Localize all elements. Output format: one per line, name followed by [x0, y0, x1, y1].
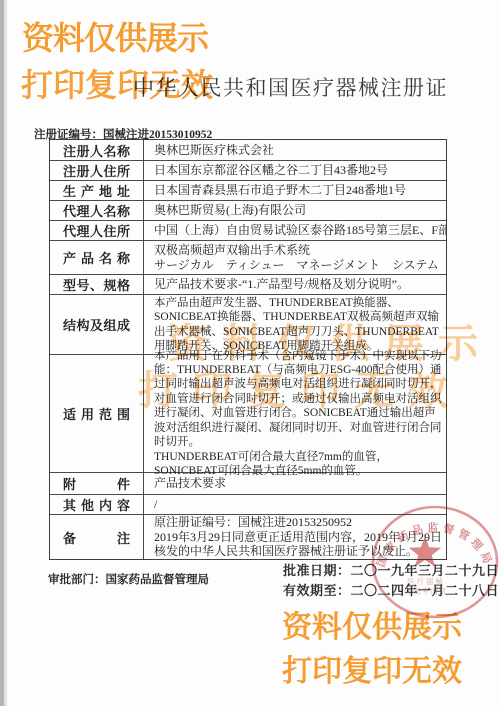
row-value: 日本国东京都涩谷区幡之谷二丁目43番地2号: [144, 161, 446, 180]
row-value: 原注册证编号：国械注进20153250952 2019年3月29日同意更正适用范…: [144, 515, 446, 559]
row-label: 备注: [50, 515, 144, 559]
row-label: 代理人住所: [50, 221, 144, 240]
certificate-page: 国家药品监督管理局 医疗器械 注册专用章 中华人民共和国医疗器械注册证 注册证编…: [0, 0, 499, 706]
row-value: 中国（上海）自由贸易试验区泰谷路185号第三层E、F部位: [144, 221, 446, 240]
row-value: 产品技术要求: [144, 473, 446, 494]
watermark-copy-invalid-bottom: 打印复印无效: [282, 646, 462, 690]
table-row: 注册人住所 日本国东京都涩谷区幡之谷二丁目43番地2号: [50, 160, 446, 180]
scan-edge-strip-light: [4, 0, 7, 706]
row-label: 结构及组成: [50, 295, 144, 354]
table-row: 代理人名称 奥林巴斯贸易(上海)有限公司: [50, 200, 446, 220]
table-row: 型号、规格 见产品技术要求-“1.产品型号/规格及划分说明”。: [50, 274, 446, 294]
table-row: 生产地址 日本国青森县黑石市追子野木二丁目248番地1号: [50, 180, 446, 200]
approval-date: 批准日期：二〇一九年三月二十九日: [283, 560, 499, 579]
row-value: 双极高频超声双输出手术系统 サージカル ティシュー マネージメント システム: [144, 241, 446, 274]
row-value: /: [144, 495, 446, 514]
table-row: 产品名称 双极高频超声双输出手术系统 サージカル ティシュー マネージメント シ…: [50, 240, 446, 274]
table-row: 备注 原注册证编号：国械注进20153250952 2019年3月29日同意更正…: [50, 514, 446, 559]
row-label: 产品名称: [50, 241, 144, 274]
approval-department: 审批部门：国家药品监督管理局: [48, 571, 209, 587]
row-label: 代理人名称: [50, 201, 144, 220]
table-row: 其他内容 /: [50, 494, 446, 514]
valid-until-date: 有效期至：二〇二四年一月二十八日: [283, 580, 499, 599]
table-row: 代理人住所 中国（上海）自由贸易试验区泰谷路185号第三层E、F部位: [50, 220, 446, 240]
watermark-copy-invalid-top: 打印复印无效: [21, 60, 213, 106]
row-label: 生产地址: [50, 181, 144, 200]
row-label: 注册人名称: [50, 140, 144, 160]
watermark-copy-invalid-middle: 打印复印无效: [138, 359, 462, 416]
row-label: 其他内容: [50, 495, 144, 514]
row-value: 奥林巴斯医疗株式会社: [144, 140, 446, 160]
watermark-display-only-bottom: 资料仅供展示: [282, 602, 462, 646]
row-label: 适用范围: [50, 355, 144, 472]
row-label: 型号、规格: [50, 275, 144, 294]
row-label: 附件: [50, 473, 144, 494]
row-value: 日本国青森县黑石市追子野木二丁目248番地1号: [144, 181, 446, 200]
table-row: 注册人名称 奥林巴斯医疗株式会社: [50, 140, 446, 160]
watermark-display-only-top: 资料仅供展示: [22, 13, 208, 59]
row-value: 奥林巴斯贸易(上海)有限公司: [144, 201, 446, 220]
table-row: 附件 产品技术要求: [50, 472, 446, 494]
row-label: 注册人住所: [50, 161, 144, 180]
row-value: 见产品技术要求-“1.产品型号/规格及划分说明”。: [144, 275, 446, 294]
